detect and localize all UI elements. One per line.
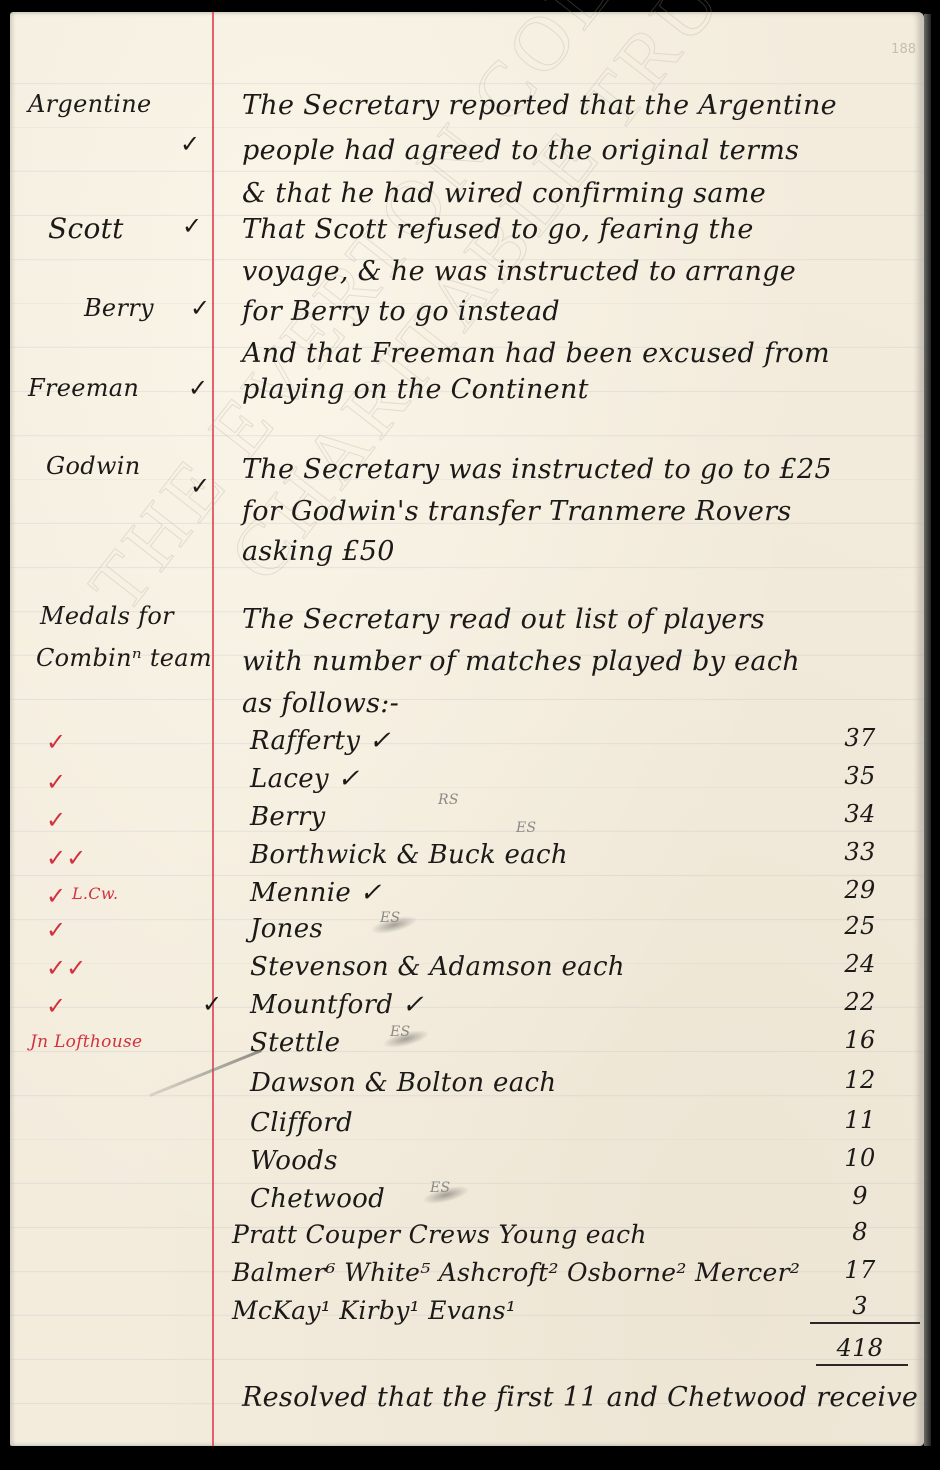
entry-line: voyage, & he was instructed to arrange [242, 256, 796, 287]
red-check-icon: ✓ [46, 992, 66, 1020]
red-check-icon: ✓ [46, 916, 66, 944]
player-name: Stettle [250, 1028, 340, 1058]
entry-line: for Godwin's transfer Tranmere Rovers [242, 496, 792, 527]
check-icon: ✓ [188, 374, 208, 402]
check-icon: ✓ [190, 294, 210, 322]
page-edge [924, 14, 931, 1446]
other-players: Pratt Couper Crews Young each [232, 1220, 647, 1249]
match-count: 37 [840, 724, 880, 752]
player-name: Rafferty ✓ [250, 726, 391, 756]
pencil-initials: ES [380, 910, 400, 926]
margin-note-scott: Scott [48, 212, 124, 245]
total-count: 418 [832, 1334, 888, 1362]
match-count: 9 [840, 1182, 880, 1210]
match-count: 24 [840, 950, 880, 978]
entry-line: The Secretary read out list of players [242, 604, 765, 635]
player-name: Berry [250, 802, 326, 832]
corner-mark: 188 [891, 42, 916, 57]
other-players: McKay¹ Kirby¹ Evans¹ [232, 1296, 516, 1325]
entry-line: & that he had wired confirming same [242, 178, 766, 209]
match-count: 16 [840, 1026, 880, 1054]
match-count: 11 [840, 1106, 880, 1134]
margin-note-freeman: Freeman [28, 374, 139, 402]
entry-line: people had agreed to the original terms [242, 135, 799, 166]
sum-rule [810, 1322, 920, 1324]
entry-line: playing on the Continent [242, 374, 589, 405]
entry-line: asking £50 [242, 536, 395, 567]
red-margin-note: L.Cw. [72, 884, 118, 903]
other-players: Balmer⁶ White⁵ Ashcroft² Osborne² Mercer… [232, 1258, 800, 1287]
player-name: Chetwood [250, 1184, 385, 1214]
pencil-initials: ES [516, 820, 536, 836]
red-check-icon: ✓ [46, 882, 66, 910]
check-icon: ✓ [202, 990, 222, 1018]
player-name: Dawson & Bolton each [250, 1068, 556, 1098]
check-icon: ✓ [182, 212, 202, 240]
entry-line: The Secretary was instructed to go to £2… [242, 454, 832, 485]
match-count: 12 [840, 1066, 880, 1094]
red-check-icon: ✓✓ [46, 844, 86, 872]
margin-note-berry: Berry [84, 294, 154, 322]
match-count: 34 [840, 800, 880, 828]
entry-line: That Scott refused to go, fearing the [242, 214, 754, 245]
match-count: 25 [840, 912, 880, 940]
red-check-icon: ✓ [46, 768, 66, 796]
match-count: 17 [840, 1256, 880, 1284]
match-count: 3 [840, 1292, 880, 1320]
entry-line: as follows:- [242, 688, 399, 719]
player-name: Mennie ✓ [250, 878, 382, 908]
margin-note-combination-team: Combinⁿ team [36, 644, 212, 672]
pencil-initials: ES [390, 1024, 410, 1040]
player-name: Mountford ✓ [250, 990, 424, 1020]
pencil-initials: RS [438, 792, 459, 808]
player-name: Jones [250, 914, 323, 944]
player-name: Stevenson & Adamson each [250, 952, 625, 982]
red-check-icon: ✓ [46, 806, 66, 834]
red-check-icon: ✓✓ [46, 954, 86, 982]
entry-line: The Secretary reported that the Argentin… [242, 90, 837, 121]
entry-line: And that Freeman had been excused from [242, 338, 830, 369]
player-name: Lacey ✓ [250, 764, 360, 794]
total-rule [816, 1364, 908, 1366]
ledger-page: THE EVERTON COLLECTION CHARITABLE TRUST … [10, 12, 924, 1446]
player-name: Borthwick & Buck each [250, 840, 568, 870]
match-count: 8 [840, 1218, 880, 1246]
entry-line: for Berry to go instead [242, 296, 560, 327]
check-icon: ✓ [190, 472, 210, 500]
pencil-initials: ES [430, 1180, 450, 1196]
player-name: Woods [250, 1146, 338, 1176]
match-count: 29 [840, 876, 880, 904]
player-name: Clifford [250, 1108, 353, 1138]
margin-note-godwin: Godwin [46, 452, 140, 480]
match-count: 10 [840, 1144, 880, 1172]
entry-line: with number of matches played by each [242, 646, 800, 677]
match-count: 22 [840, 988, 880, 1016]
red-check-icon: ✓ [46, 728, 66, 756]
red-margin-note: Jn Lofthouse [30, 1032, 142, 1052]
match-count: 35 [840, 762, 880, 790]
check-icon: ✓ [180, 130, 200, 158]
margin-note-medals: Medals for [40, 602, 174, 630]
resolution-line: Resolved that the first 11 and Chetwood … [242, 1382, 918, 1413]
margin-rule [212, 12, 214, 1446]
margin-note-argentine: Argentine [28, 90, 152, 118]
pencil-stroke [149, 1049, 261, 1097]
match-count: 33 [840, 838, 880, 866]
